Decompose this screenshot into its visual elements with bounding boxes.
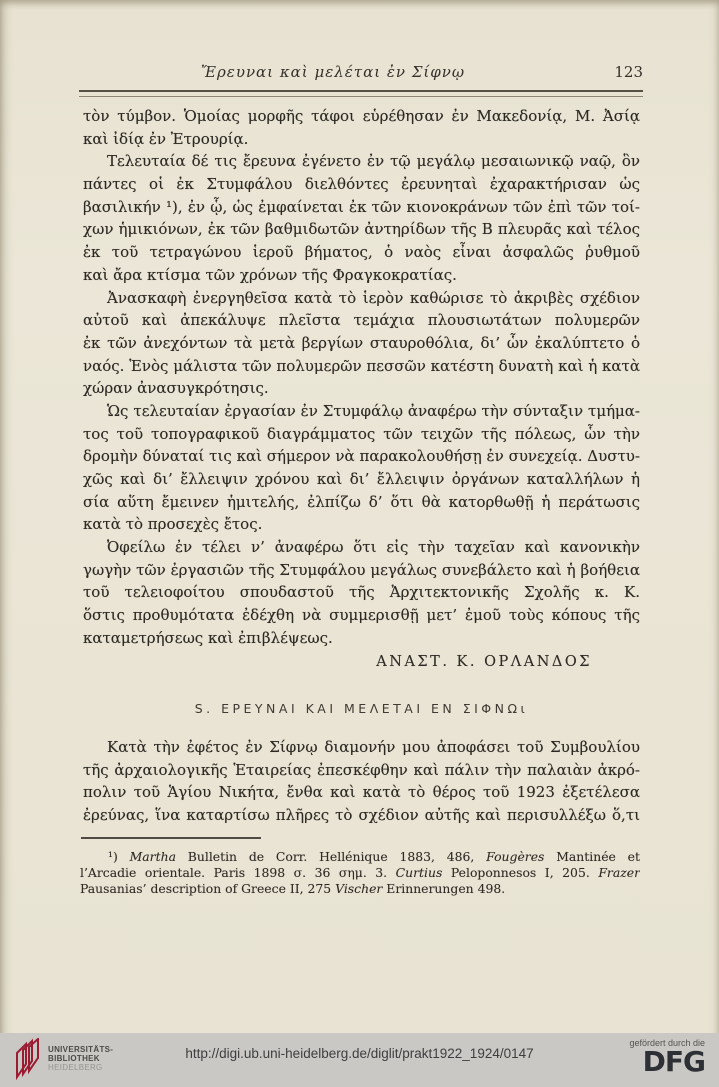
text-line: χῶς καὶ δι’ ἔλλειψιν χρόνου καὶ δι’ ἔλλε… — [83, 468, 640, 491]
dfg-logo-text: DFG — [629, 1048, 705, 1076]
text-line: Ὀφείλω ἐν τέλει ν’ ἀναφέρω ὅτι εἰς τὴν τ… — [83, 536, 640, 559]
text-line: σία αὕτη ἔμεινεν ἡμιτελής, ἐλπίζω δ’ ὅτι… — [83, 491, 640, 514]
page-number: 123 — [590, 63, 643, 85]
text-line: ἐκ τῶν ἀνεχόντων τὰ μετὰ βεργίων σταυροθ… — [83, 332, 640, 355]
text-line: Ὡς τελευταίαν ἐργασίαν ἐν Στυμφάλῳ ἀναφέ… — [83, 400, 640, 423]
screenshot-root: { "colors": { "paper": "#e9e4d4", "ink":… — [0, 0, 719, 1087]
text-line: καὶ ἄρα κτίσμα τῶν χρόνων τῆς Φραγκοκρατ… — [83, 264, 640, 287]
footnote-line: l’Arcadie orientale. Paris 1898 σ. 36 ση… — [80, 865, 640, 881]
text-line: καταμετρήσεως καὶ ἐπιβλέψεως. — [83, 627, 640, 650]
author-signature: ΑΝΑΣΤ. Κ. ΟΡΛΑΝΔΟΣ — [83, 651, 640, 674]
text-line: δρομὴν δύναταί τις καὶ σήμερον νὰ παρακο… — [83, 445, 640, 468]
text-line: πολιν τοῦ Ἁγίου Νικήτα, ἔνθα καὶ κατὰ τὸ… — [83, 781, 640, 804]
text-line: κατὰ τὸ προσεχὲς ἔτος. — [83, 513, 640, 536]
footnote-line: ¹) Martha Bulletin de Corr. Hellénique 1… — [80, 849, 640, 865]
text-line: χων ἡμικιόνων, ἐκ τῶν βαθμιδωτῶν ἀντηρίδ… — [83, 218, 640, 241]
footnote: ¹) Martha Bulletin de Corr. Hellénique 1… — [80, 849, 640, 896]
text-line: τος τοῦ τοπογραφικοῦ διαγράμματος τῶν τε… — [83, 423, 640, 446]
text-line: Τελευταία δέ τις ἔρευνα ἐγένετο ἐν τῷ με… — [83, 150, 640, 173]
text-line: τοῦ τελειοφοίτου σπουδαστοῦ τῆς Ἀρχιτεκτ… — [83, 581, 640, 604]
text-line: τὸν τύμβον. Ὁμοίας μορφῆς τάφοι εὑρέθησα… — [83, 105, 640, 128]
footnote-separator — [81, 837, 261, 839]
text-line: χώραν ἀνασυγκρότησις. — [83, 377, 640, 400]
text-line: τῆς ἀρχαιολογικῆς Ἑταιρείας ἐπεσκέφθην κ… — [83, 759, 640, 782]
viewer-footer-bar: UNIVERSITÄTS- BIBLIOTHEK HEIDELBERG http… — [0, 1033, 719, 1087]
footnote-line: Pausanias’ description of Greece II, 275… — [80, 881, 640, 897]
text-line: βασιλικήν ¹), ἐν ᾧ, ὡς ἐμφαίνεται ἐκ τῶν… — [83, 196, 640, 219]
section-paragraph: Κατὰ τὴν ἐφέτος ἐν Σίφνῳ διαμονήν μου ἀπ… — [83, 736, 640, 827]
dfg-credit: gefördert durch die DFG — [629, 1038, 705, 1076]
header-rule — [79, 90, 643, 97]
text-line: πάντες οἱ ἐκ Στυμφάλου διελθόντες ἐρευνη… — [83, 173, 640, 196]
text-line: ναός. Ἑνὸς μάλιστα τῶν πολυμερῶν πεσσῶν … — [83, 355, 640, 378]
text-line: ὅστις προθυμότατα ἐδέχθη νὰ συμμερισθῇ μ… — [83, 604, 640, 627]
section-heading: S. ΕΡΕΥΝΑΙ ΚΑΙ ΜΕΛΕΤΑΙ ΕΝ ΣΙΦΝΩι — [83, 699, 640, 719]
library-name-line3: HEIDELBERG — [48, 1063, 113, 1072]
text-line: Κατὰ τὴν ἐφέτος ἐν Σίφνῳ διαμονήν μου ἀπ… — [83, 736, 640, 759]
body-text: τὸν τύμβον. Ὁμοίας μορφῆς τάφοι εὑρέθησα… — [83, 105, 640, 650]
text-line: ἐκ τοῦ τετραγώνου ἱεροῦ βήματος, ὁ ναὸς … — [83, 241, 640, 264]
scan-url: http://digi.ub.uni-heidelberg.de/diglit/… — [0, 1046, 719, 1061]
page-scan: Ἔρευναι καὶ μελέται ἐν Σίφνῳ 123 τὸν τύμ… — [0, 0, 719, 1087]
running-header-title: Ἔρευναι καὶ μελέται ἐν Σίφνῳ — [83, 63, 583, 85]
text-line: γωγὴν τῶν ἐργασιῶν τῆς Στυμφάλου μεγάλως… — [83, 559, 640, 582]
text-line: ἐρεύνας, ἵνα καταρτίσω πλῆρες τὸ σχέδιον… — [83, 804, 640, 827]
text-line: Ἀνασκαφὴ ἐνεργηθεῖσα κατὰ τὸ ἱερὸν καθώρ… — [83, 287, 640, 310]
text-line: αὐτοῦ καὶ ἀπεκάλυψε πλεῖστα τεμάχια πλου… — [83, 309, 640, 332]
text-line: καὶ ἰδίᾳ ἐν Ἐτρουρίᾳ. — [83, 128, 640, 151]
